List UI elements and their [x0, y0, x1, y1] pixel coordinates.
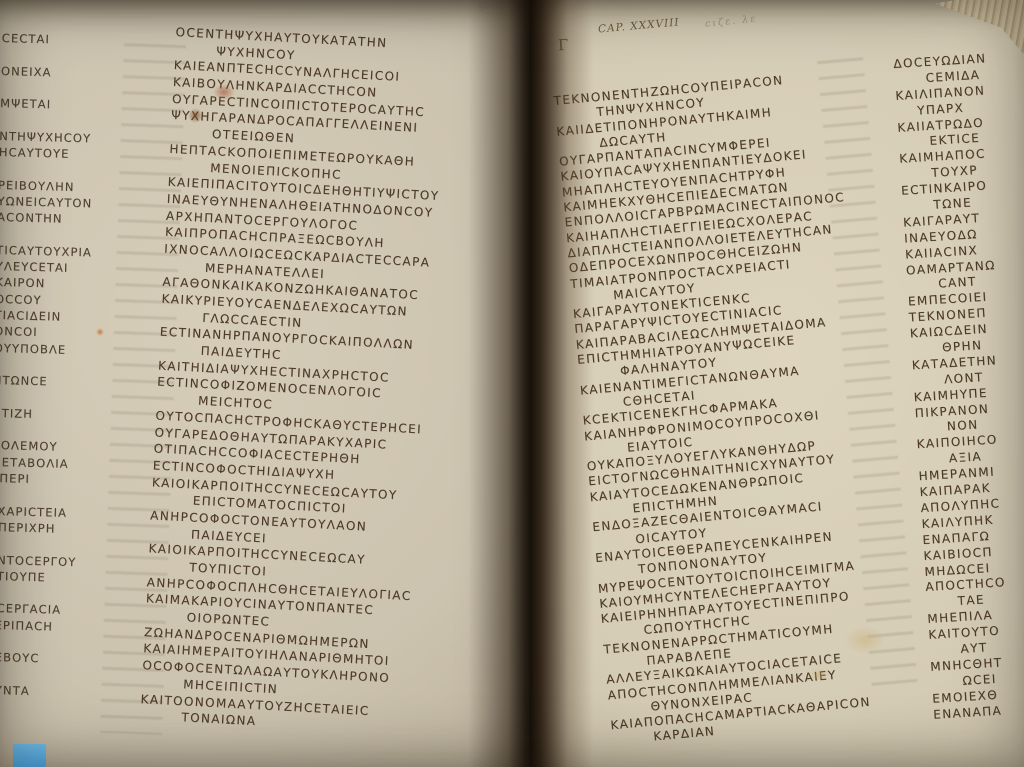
quire-mark: Γ: [557, 36, 569, 55]
text-line: ϹΠΕΡΙΧΡΗ: [0, 519, 107, 538]
chapter-header: CAP. XXXVIII: [598, 16, 680, 35]
text-line: ΟΥΝΤΑ: [0, 682, 103, 701]
blue-tab: [13, 744, 46, 767]
text-line: ΤΕΡΙΠΑϹΗ: [0, 616, 105, 635]
faint-annotation: ϲιζε. λε: [705, 13, 758, 29]
text-line: ΟΥΥΠΟΒΛΕ: [0, 340, 112, 359]
text-line: ϹΕΒΟΥϹ: [0, 649, 104, 668]
left-main-column: ΟϹΕΝΤΗΨΥΧΗΑΥΤΟΥΚΑΤΑΤΗΝ ΨΥΧΗΝϹΟΥΚΑΙΕΑΝΠΤΕ…: [139, 24, 521, 742]
text-line: ϹΤΙΟΥΠΕ: [0, 568, 106, 587]
text-line: ϹΠΕΡΙ: [0, 470, 108, 489]
text-line: ΝΤΙΖΗ: [0, 405, 110, 424]
manuscript-photo: ϹΕϹΤΑΙΟΝΕΙΧΑΜΨΕΤΑΙΝΤΗΨΥΧΗϹΟΥΗϹΑΥΤΟΥΕΡΕΙΒ…: [0, 0, 1024, 767]
text-line: ΟΝΕΙΧΑ: [1, 63, 119, 82]
right-main-column: ΤΕΚΝΟΝΕΝΤΗΖΩΗϹΟΥΠΕΙΡΑϹΟΝ ΤΗΝΨΥΧΗΝϹΟΥΚΑΙΙ…: [553, 63, 957, 749]
folio-mark: 9: [478, 3, 486, 15]
text-line: ΝΤΩΝϹΕ: [0, 372, 111, 391]
text-line: ϹΕϹΤΑΙ: [2, 30, 120, 49]
right-page: CAP. XXXVIII ϲιζε. λε Γ ΤΕΚΝΟΝΕΝΤΗΖΩΗϹΟΥ…: [527, 0, 1024, 767]
left-marginal-column: ϹΕϹΤΑΙΟΝΕΙΧΑΜΨΕΤΑΙΝΤΗΨΥΧΗϹΟΥΗϹΑΥΤΟΥΕΡΕΙΒ…: [0, 30, 120, 701]
text-line: ΑϹΟΝΤΗΝ: [0, 209, 115, 228]
left-page: ϹΕϹΤΑΙΟΝΕΙΧΑΜΨΕΤΑΙΝΤΗΨΥΧΗϹΟΥΗϹΑΥΤΟΥΕΡΕΙΒ…: [0, 0, 527, 767]
